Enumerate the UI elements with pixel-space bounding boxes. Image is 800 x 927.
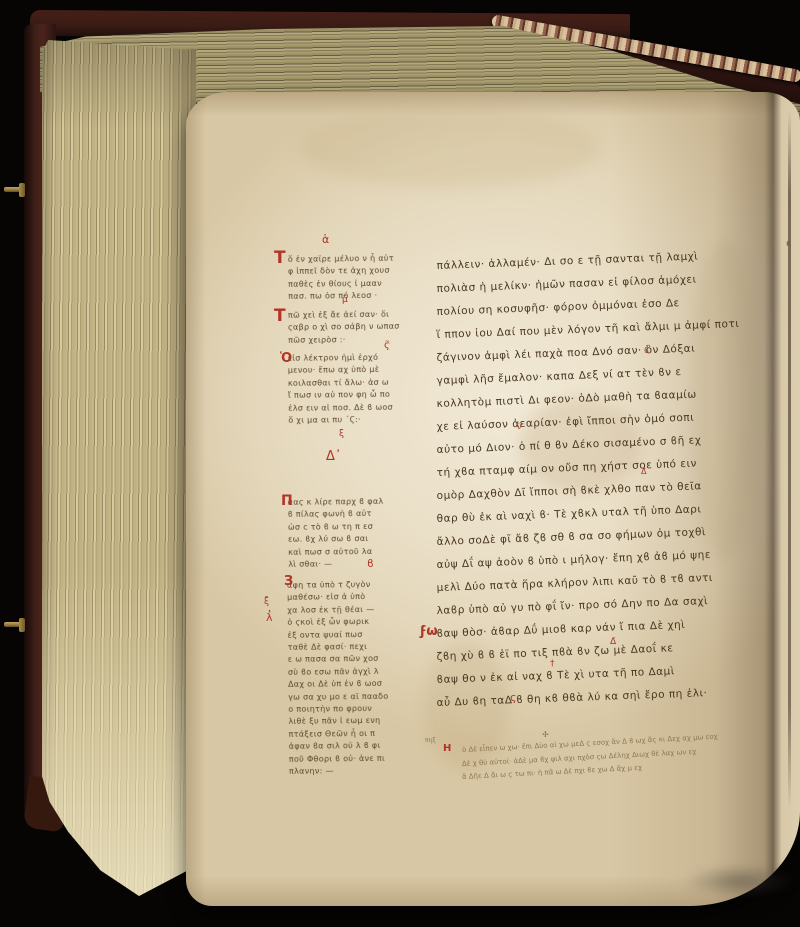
footnote-block: ὁ Δὲ εἶπεν ω χω· ἔπι Δὺο αἱ χω μεΔ ϛ εσο…: [462, 744, 792, 785]
margin-note-block-2: πῶ χεὶ ἐξ ἄε ἀεί σαν· ὅιϛαβρ ο χὶ σο σάβ…: [288, 308, 444, 347]
margin-note-block-3: εἰσ λέκτρον ἡμὶ ἑρχόμενου· ἔπω αχ ὑπὸ μὲ…: [288, 351, 445, 427]
brass-pin-head: [19, 618, 25, 632]
margin-text-line: ὅ χι μα αι πυ ΄Ϛ:·: [288, 413, 444, 427]
brass-pin-bottom: [4, 618, 28, 632]
page-bottom-shadow: [660, 858, 800, 904]
brass-pin-head: [19, 183, 25, 197]
margin-note-block-1: ὅ ἐν χαϊρε μέλυο ν ἦ αὐτφ ἱππεῖ δὸν τε ἀ…: [288, 252, 445, 303]
margin-note-block-5: αφη τα ὑπὸ τ ζυγὸνμαθέσω· εἰσ ἀ ὑπὸχα λο…: [287, 578, 445, 778]
margin-text-line: πλανην: —: [289, 764, 445, 778]
margin-text-line: πασ. πω ὀσ πό λεοσ ·: [288, 289, 444, 303]
margin-text-line: λὶ σθαι· —: [288, 557, 444, 571]
margin-note-block-4: ααϛ κ λίρε παρχ ϐ φαλϐ πίλαϛ φωνὴ ϐ αὐτὡ…: [288, 495, 445, 571]
manuscript-photo: ὅ ἐν χαϊρε μέλυο ν ἦ αὐτφ ἱππεῖ δὸν τε ἀ…: [0, 0, 800, 927]
margin-text-line: πῶσ χειρὸσ :·: [288, 333, 444, 347]
parchment-stain: [300, 108, 600, 188]
fore-edge-page-stack: [42, 40, 196, 896]
brass-pin-top: [4, 183, 28, 197]
main-text-block: πάλλειν· ἀλλαμέν· Δι σο ε τῇ σανται τῇ λ…: [437, 260, 789, 720]
